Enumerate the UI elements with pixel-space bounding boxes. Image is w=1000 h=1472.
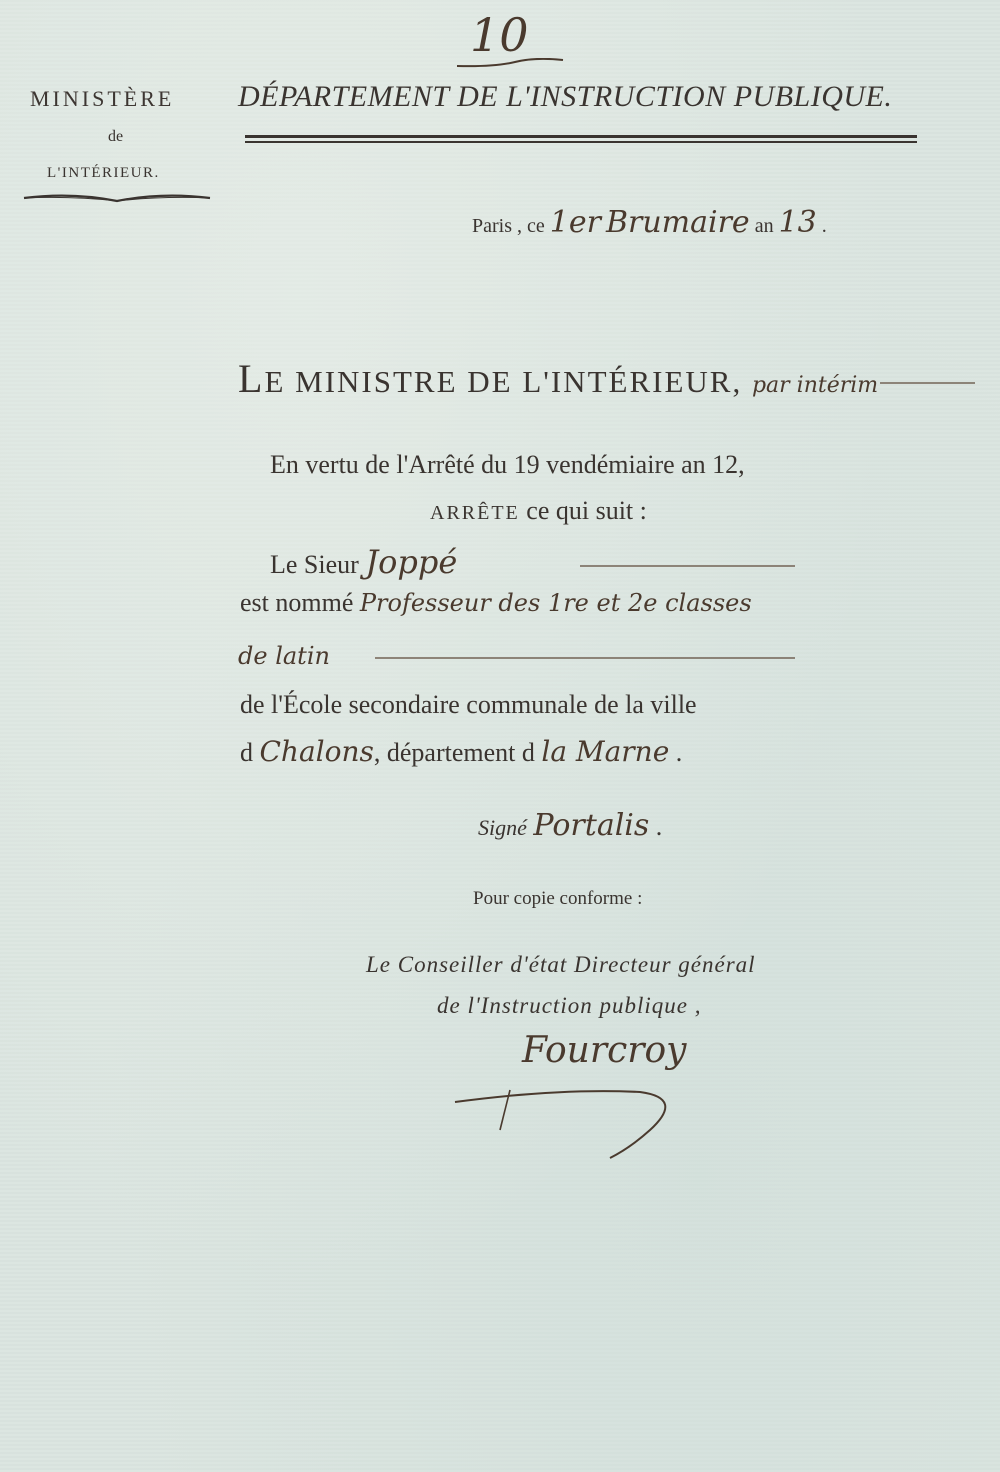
date-day: 1er [550, 205, 601, 240]
city-prefix: d [240, 738, 253, 767]
position-line2: de latin [238, 642, 330, 670]
ministry-interieur: L'INTÉRIEUR. [47, 165, 160, 182]
fourcroy-signature: Fourcroy [522, 1030, 686, 1071]
arrete-rest: ce qui suit : [526, 496, 647, 525]
sieur-name: Joppé [365, 543, 457, 581]
arrete-caps: ARRÊTE [430, 502, 520, 524]
minister-title-rest: E MINISTRE DE L'INTÉRIEUR, [264, 364, 742, 399]
fill-line [375, 657, 795, 659]
department-label: , département d [374, 738, 535, 767]
ornamental-flourish-icon [22, 192, 212, 206]
copy-label: Pour copie conforme : [473, 888, 642, 910]
signed-name: Portalis [533, 808, 649, 843]
sieur-line: Le Sieur Joppé [270, 543, 457, 581]
ministry-title: MINISTÈRE [30, 86, 174, 112]
date-year: 13 [779, 205, 817, 240]
signed-line: Signé Portalis . [478, 808, 662, 843]
certifier-title-line1: Le Conseiller d'état Directeur général [366, 952, 756, 978]
minister-initial: L [238, 356, 264, 401]
date-month: Brumaire [606, 205, 750, 240]
handwritten-par-interim: par intérim [752, 373, 878, 398]
preamble: En vertu de l'Arrêté du 19 vendémiaire a… [270, 450, 745, 480]
date-trailing: . [822, 215, 827, 237]
minister-title: LE MINISTRE DE L'INTÉRIEUR, par intérim [238, 355, 878, 402]
city-name: Chalons [260, 735, 374, 768]
fill-line [580, 565, 795, 567]
department-trailing: . [676, 738, 683, 767]
folio-underline [455, 58, 565, 68]
nomme-label: est nommé [240, 588, 353, 617]
date-prefix: Paris , ce [472, 215, 545, 237]
city-line: d Chalons, département d la Marne . [240, 735, 682, 768]
signed-trailing: . [656, 812, 663, 841]
header-rule-thick [245, 135, 917, 138]
arrete-line: ARRÊTE ce qui suit : [430, 496, 647, 526]
date-an: an [755, 215, 774, 237]
date-line: Paris , ce 1er Brumaire an 13 . [472, 205, 827, 240]
header-rule-thin [245, 141, 917, 143]
fill-line [880, 382, 975, 384]
certifier-title-line2: de l'Instruction publique , [437, 993, 701, 1019]
school-line: de l'École secondaire communale de la vi… [240, 690, 697, 720]
nomme-line: est nommé Professeur des 1re et 2e class… [240, 588, 752, 618]
signed-label: Signé [478, 815, 527, 840]
signature-paraph-icon [450, 1070, 680, 1160]
department-heading: DÉPARTEMENT DE L'INSTRUCTION PUBLIQUE. [238, 80, 892, 114]
ministry-de: de [108, 128, 123, 146]
department-name: la Marne [541, 735, 669, 768]
folio-number: 10 [470, 8, 529, 62]
position-line1: Professeur des 1re et 2e classes [360, 589, 752, 617]
sieur-label: Le Sieur [270, 550, 359, 579]
